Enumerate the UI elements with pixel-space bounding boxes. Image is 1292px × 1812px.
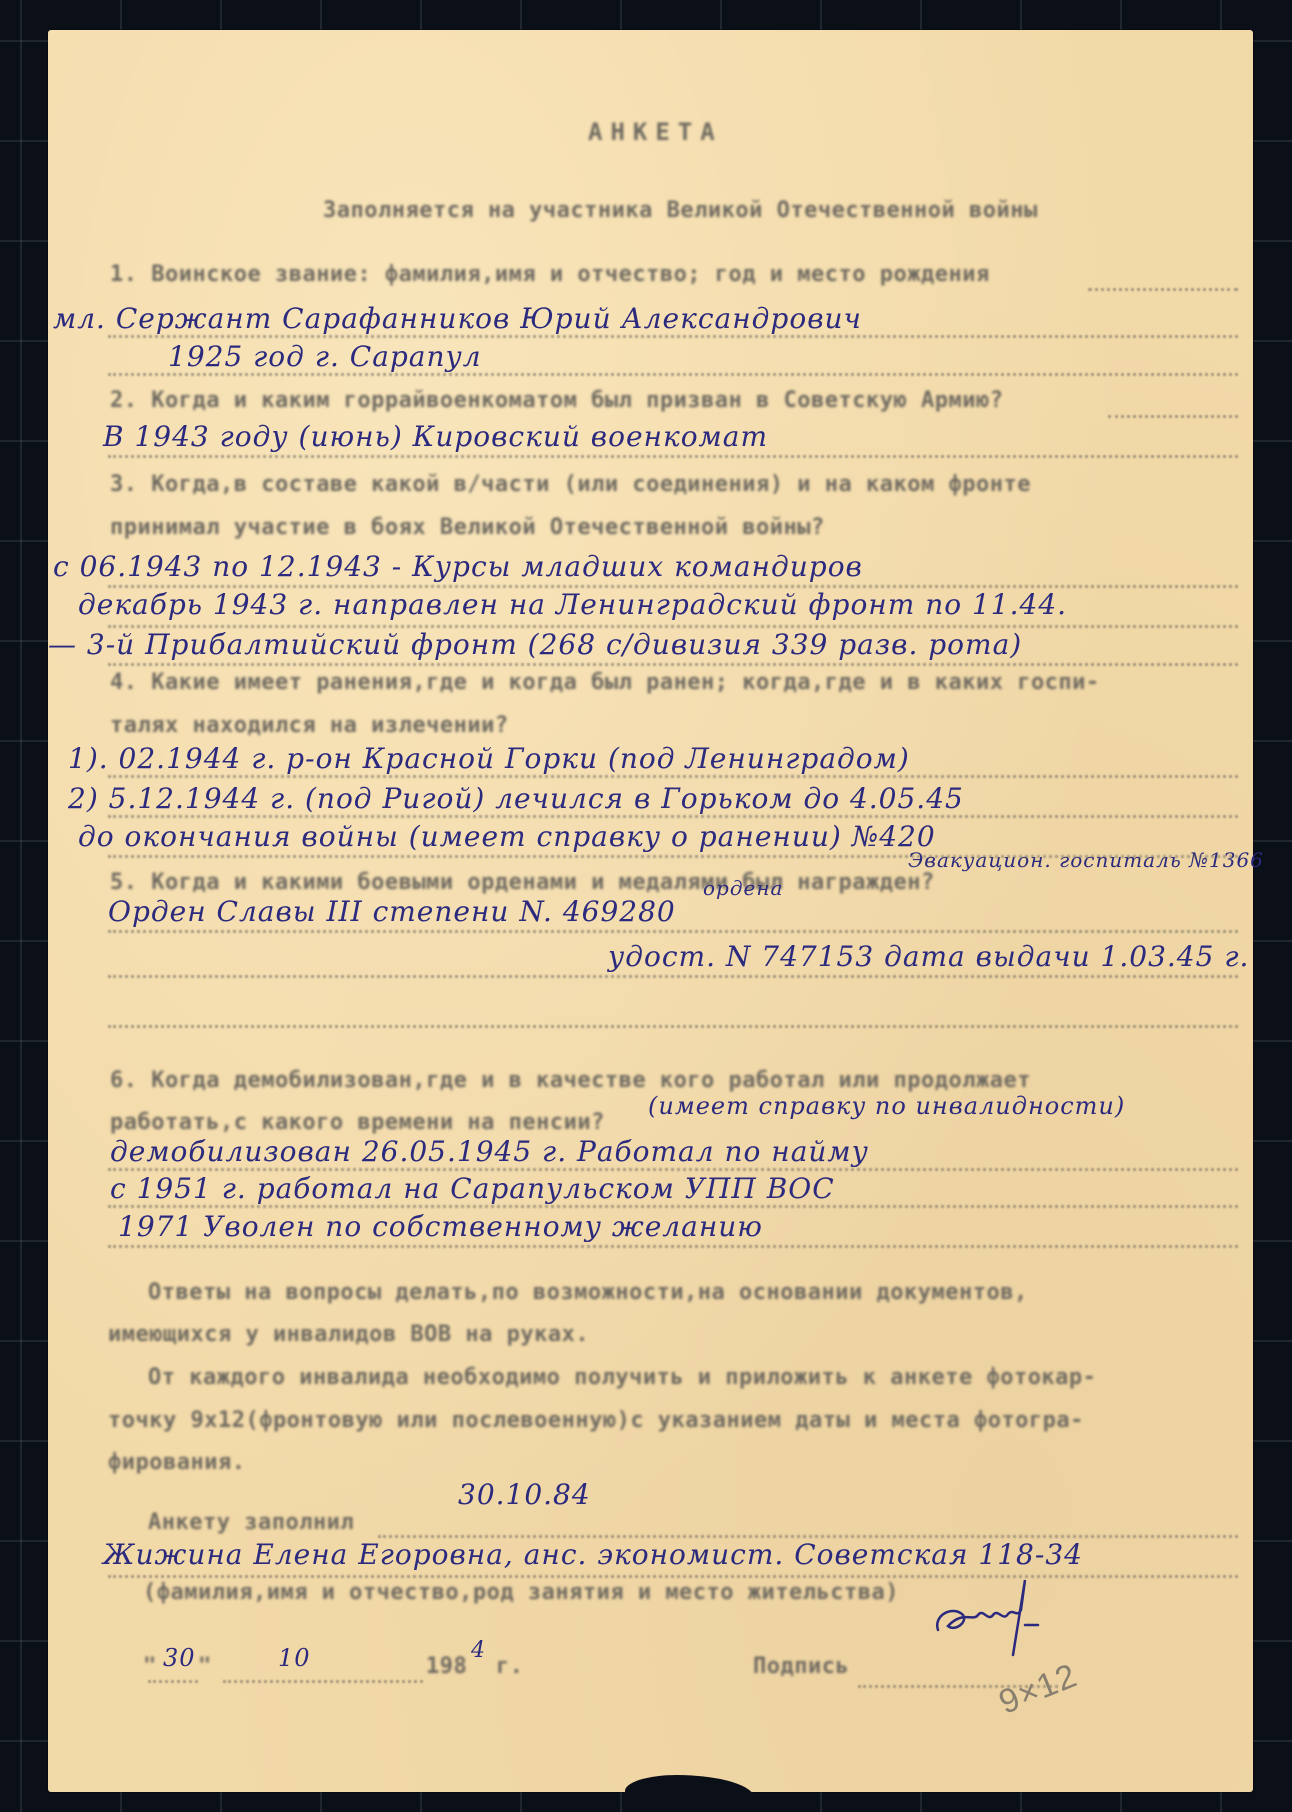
answer-line xyxy=(1108,415,1238,418)
question-3-text-1: 3. Когда,в составе какой в/части (или со… xyxy=(110,472,1031,497)
question-4-text-2: талях находился на излечении? xyxy=(110,713,509,738)
answer-line xyxy=(108,335,1238,338)
answer-3-line-3: — 3-й Прибалтийский фронт (268 с/дивизия… xyxy=(48,628,1022,661)
date-year-printed: 198 xyxy=(426,1654,467,1679)
question-6-text-2: работать,с какого времени на пенсии? xyxy=(110,1110,605,1135)
date-close-quote: " xyxy=(198,1654,212,1679)
answer-line xyxy=(108,1575,1238,1578)
answer-line xyxy=(108,775,1238,778)
answer-line xyxy=(108,975,1238,978)
question-5-text: 5. Когда и какими боевыми орденами и мед… xyxy=(110,870,935,895)
answer-line xyxy=(108,663,1238,666)
answer-line xyxy=(108,373,1238,376)
answer-line xyxy=(108,855,1238,858)
date-month-line xyxy=(223,1680,423,1683)
document-subtitle: Заполняется на участника Великой Отечест… xyxy=(323,198,1038,223)
date-year-suffix: г. xyxy=(496,1654,524,1679)
answer-5-line-2: удост. N 747153 дата выдачи 1.03.45 г. xyxy=(608,940,1249,973)
answer-line xyxy=(108,1245,1238,1248)
answer-6-line-1: демобилизован 26.05.1945 г. Работал по н… xyxy=(110,1135,869,1168)
answer-4-annotation: Эвакуацион. госпиталь №1366 xyxy=(908,848,1264,872)
answer-4-line-1: 1). 02.1944 г. р-он Красной Горки (под Л… xyxy=(68,742,910,775)
answer-3-line-2: декабрь 1943 г. направлен на Ленинградск… xyxy=(78,588,1067,621)
instruction-line-3: От каждого инвалида необходимо получить … xyxy=(148,1365,1096,1390)
date-year-hand: 4 xyxy=(471,1638,486,1663)
date-day-line xyxy=(148,1680,198,1683)
answer-2-line-1: В 1943 году (июнь) Кировский военкомат xyxy=(103,420,768,453)
answer-6-inline: (имеет справку по инвалидности) xyxy=(648,1092,1125,1120)
question-3-text-2: принимал участие в боях Великой Отечеств… xyxy=(110,515,825,540)
answer-1-line-2: 1925 год г. Сарапул xyxy=(168,340,482,373)
filled-by-label: Анкету заполнил xyxy=(148,1510,354,1535)
instruction-line-4: точку 9х12(фронтовую или послевоенную)с … xyxy=(108,1408,1084,1433)
answer-5-line-1: Орден Славы III степени N. 469280 xyxy=(108,895,676,928)
answer-4-line-2: 2) 5.12.1944 г. (под Ригой) лечился в Го… xyxy=(68,782,964,815)
instruction-line-5: фирования. xyxy=(108,1450,245,1475)
date-open-quote: " xyxy=(143,1654,157,1679)
answer-line xyxy=(108,930,1238,933)
date-month: 10 xyxy=(278,1644,311,1672)
filled-by-date: 30.10.84 xyxy=(458,1478,591,1511)
answer-line xyxy=(1088,288,1238,291)
instruction-line-1: Ответы на вопросы делать,по возможности,… xyxy=(148,1280,1028,1305)
answer-6-line-3: 1971 Уволен по собственному желанию xyxy=(118,1210,763,1243)
answer-6-line-2: с 1951 г. работал на Сарапульском УПП ВО… xyxy=(110,1172,835,1205)
answer-line xyxy=(108,1168,1238,1171)
answer-line xyxy=(108,455,1238,458)
document-title: АНКЕТА xyxy=(588,118,723,146)
question-4-text-1: 4. Какие имеет ранения,где и когда был р… xyxy=(110,670,1100,695)
questionnaire-sheet: АНКЕТА Заполняется на участника Великой … xyxy=(48,30,1253,1792)
question-2-text: 2. Когда и каким горрайвоенкоматом был п… xyxy=(110,388,1003,413)
signature-mark xyxy=(933,1560,1043,1660)
pencil-note: 9×12 xyxy=(994,1656,1083,1722)
instruction-line-2: имеющихся у инвалидов ВОВ на руках. xyxy=(108,1322,589,1347)
answer-5-annotation: ордена xyxy=(703,876,783,900)
answer-3-line-1: с 06.1943 по 12.1943 - Курсы младших ком… xyxy=(53,550,863,583)
answer-line xyxy=(108,1205,1238,1208)
question-1-text: 1. Воинское звание: фамилия,имя и отчест… xyxy=(110,262,990,287)
filled-by-caption: (фамилия,имя и отчество,род занятия и ме… xyxy=(143,1580,899,1605)
answer-4-line-3: до окончания войны (имеет справку о ране… xyxy=(78,820,936,853)
answer-line xyxy=(108,1025,1238,1028)
signature-label: Подпись xyxy=(753,1654,849,1679)
answer-line xyxy=(108,815,1238,818)
date-day: 30 xyxy=(163,1644,196,1672)
answer-1-line-1: мл. Сержант Сарафанников Юрий Александро… xyxy=(53,302,862,335)
question-6-text-1: 6. Когда демобилизован,где и в качестве … xyxy=(110,1068,1031,1093)
